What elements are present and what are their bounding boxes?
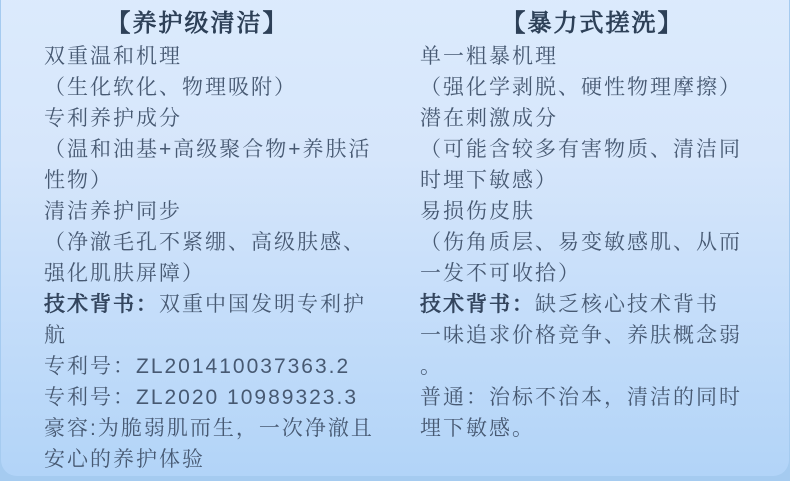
- text-line: 技术背书：缺乏核心技术背书: [420, 289, 782, 320]
- text-line: 专利养护成分: [44, 103, 391, 134]
- line-text: 埋下敏感。: [420, 417, 535, 440]
- text-line: 。: [420, 351, 782, 382]
- line-text: （强化学剥脱、硬性物理摩擦）: [420, 76, 742, 99]
- line-text: 强化肌肤屏障）: [44, 262, 205, 285]
- line-text: 安心的养护体验: [44, 448, 205, 471]
- text-line: 一发不可收拾）: [420, 258, 782, 289]
- line-text: 双重中国发明专利护: [159, 293, 366, 316]
- text-line: （强化学剥脱、硬性物理摩擦）: [420, 72, 782, 103]
- line-text: 易损伤皮肤: [420, 200, 535, 223]
- column-title-care-level-cleaning: 【养护级清洁】: [0, 7, 395, 41]
- line-text: 时埋下敏感）: [420, 169, 558, 192]
- text-line: 安心的养护体验: [44, 444, 391, 475]
- line-text: 专利号：ZL2020 10989323.3: [44, 386, 358, 409]
- text-line: 技术背书：双重中国发明专利护: [44, 289, 391, 320]
- line-bold-prefix: 技术背书：: [44, 293, 159, 316]
- line-text: 潜在刺激成分: [420, 107, 558, 130]
- line-text: 一发不可收拾）: [420, 262, 581, 285]
- line-text: 双重温和机理: [44, 45, 182, 68]
- line-text: （伤角质层、易变敏感肌、从而: [420, 231, 742, 254]
- line-text: 清洁养护同步: [44, 200, 182, 223]
- column-title-violent-scrubbing: 【暴力式搓洗】: [395, 7, 790, 41]
- column-care-level-cleaning: 【养护级清洁】 双重温和机理（生化软化、物理吸附）专利养护成分（温和油基+高级聚…: [0, 0, 395, 481]
- text-line: 易损伤皮肤: [420, 196, 782, 227]
- text-line: 专利号：ZL2020 10989323.3: [44, 382, 391, 413]
- text-line: 双重温和机理: [44, 41, 391, 72]
- text-line: （可能含较多有害物质、清洁同: [420, 134, 782, 165]
- line-text: （净澈毛孔不紧绷、高级肤感、: [44, 231, 366, 254]
- line-text: （可能含较多有害物质、清洁同: [420, 138, 742, 161]
- line-text: 专利号：ZL201410037363.2: [44, 355, 350, 378]
- line-bold-prefix: 技术背书：: [420, 293, 535, 316]
- column-body-violent-scrubbing: 单一粗暴机理（强化学剥脱、硬性物理摩擦）潜在刺激成分（可能含较多有害物质、清洁同…: [395, 41, 790, 444]
- line-text: （生化软化、物理吸附）: [44, 76, 297, 99]
- line-text: 。: [420, 355, 443, 378]
- text-line: 时埋下敏感）: [420, 165, 782, 196]
- comparison-columns: 【养护级清洁】 双重温和机理（生化软化、物理吸附）专利养护成分（温和油基+高级聚…: [0, 0, 790, 481]
- line-text: 性物）: [44, 169, 113, 192]
- line-text: 普通：治标不治本，清洁的同时: [420, 386, 742, 409]
- line-text: 一味追求价格竞争、养肤概念弱: [420, 324, 742, 347]
- line-text: 航: [44, 324, 67, 347]
- text-line: 埋下敏感。: [420, 413, 782, 444]
- line-text: 豪容:为脆弱肌而生，一次净澈且: [44, 417, 374, 440]
- text-line: 性物）: [44, 165, 391, 196]
- text-line: 豪容:为脆弱肌而生，一次净澈且: [44, 413, 391, 444]
- text-line: 普通：治标不治本，清洁的同时: [420, 382, 782, 413]
- text-line: 一味追求价格竞争、养肤概念弱: [420, 320, 782, 351]
- text-line: 航: [44, 320, 391, 351]
- line-text: 缺乏核心技术背书: [535, 293, 719, 316]
- text-line: 潜在刺激成分: [420, 103, 782, 134]
- text-line: （净澈毛孔不紧绷、高级肤感、: [44, 227, 391, 258]
- text-line: 单一粗暴机理: [420, 41, 782, 72]
- column-body-care-level-cleaning: 双重温和机理（生化软化、物理吸附）专利养护成分（温和油基+高级聚合物+养肤活性物…: [0, 41, 395, 475]
- text-line: （生化软化、物理吸附）: [44, 72, 391, 103]
- line-text: （温和油基+高级聚合物+养肤活: [44, 138, 372, 161]
- line-text: 专利养护成分: [44, 107, 182, 130]
- column-violent-scrubbing: 【暴力式搓洗】 单一粗暴机理（强化学剥脱、硬性物理摩擦）潜在刺激成分（可能含较多…: [395, 0, 790, 481]
- text-line: （伤角质层、易变敏感肌、从而: [420, 227, 782, 258]
- text-line: 清洁养护同步: [44, 196, 391, 227]
- text-line: 专利号：ZL201410037363.2: [44, 351, 391, 382]
- text-line: （温和油基+高级聚合物+养肤活: [44, 134, 391, 165]
- line-text: 单一粗暴机理: [420, 45, 558, 68]
- text-line: 强化肌肤屏障）: [44, 258, 391, 289]
